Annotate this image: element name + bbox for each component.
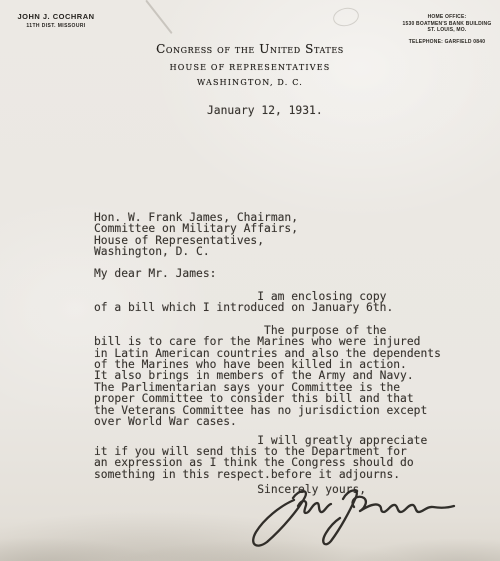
signature-ink xyxy=(246,486,460,554)
letter-page: JOHN J. COCHRAN 11TH DIST. MISSOURI Cong… xyxy=(0,0,500,561)
home-office-label: HOME OFFICE: xyxy=(398,14,496,21)
home-office-city: ST. LOUIS, MO. xyxy=(398,27,496,34)
sender-district: 11TH DIST. MISSOURI xyxy=(8,23,104,29)
letter-body: Hon. W. Frank James, Chairman, Committee… xyxy=(94,212,441,496)
body-line: of a bill which I introduced on January … xyxy=(94,302,441,313)
home-office-telephone: TELEPHONE: GARFIELD 0840 xyxy=(398,39,496,46)
home-office-block: HOME OFFICE: 1530 BOATMEN'S BANK BUILDIN… xyxy=(398,14,496,45)
letter-date: January 12, 1931. xyxy=(207,105,323,116)
letterhead-org-block: Congress of the United States HOUSE OF R… xyxy=(0,42,500,87)
body-line: over World War cases. xyxy=(94,416,441,427)
sender-name: JOHN J. COCHRAN xyxy=(8,12,104,21)
paragraph-2: The purpose of the bill is to care for t… xyxy=(94,325,441,428)
signature-handwriting xyxy=(246,486,460,558)
paragraph-1: I am enclosing copy of a bill which I in… xyxy=(94,291,441,314)
paragraph-3: I will greatly appreciate it if you will… xyxy=(94,435,441,481)
recipient-address: Hon. W. Frank James, Chairman, Committee… xyxy=(94,212,441,258)
body-line: an expression as I think the Congress sh… xyxy=(94,457,441,468)
org-subtitle: HOUSE OF REPRESENTATIVES xyxy=(0,63,500,72)
salutation: My dear Mr. James: xyxy=(94,268,441,279)
org-location: WASHINGTON, D. C. xyxy=(0,78,500,87)
paper-smudge-mark xyxy=(331,5,360,28)
sender-block: JOHN J. COCHRAN 11TH DIST. MISSOURI xyxy=(8,12,104,29)
recipient-line: Washington, D. C. xyxy=(94,246,441,257)
paper-crease-mark xyxy=(145,0,172,34)
body-line: proper Committee to consider this bill a… xyxy=(94,393,441,404)
salutation-line: My dear Mr. James: xyxy=(94,268,441,279)
body-line: something in this respect.before it adjo… xyxy=(94,469,441,480)
home-office-building: 1530 BOATMEN'S BANK BUILDING xyxy=(398,21,496,28)
body-line: bill is to care for the Marines who were… xyxy=(94,336,441,347)
